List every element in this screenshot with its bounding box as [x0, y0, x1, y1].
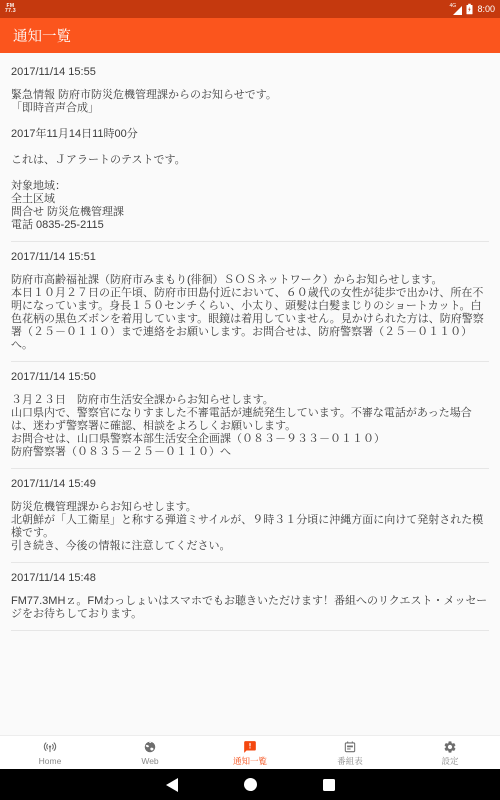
notification-body: 防府市高齢福祉課（防府市みまもり(徘徊）ＳＯＳネットワーク）からお知らせします。… — [11, 274, 489, 352]
globe-icon — [143, 740, 157, 754]
notification-item[interactable]: 2017/11/14 15:55 緊急情報 防府市防災危機管理課からのお知らせで… — [11, 53, 489, 242]
app-screen: FM 77.3 4G 8:00 通知一覧 2017/11/14 15:55 緊急… — [0, 0, 500, 800]
battery-charging-icon — [466, 3, 473, 15]
notification-item[interactable]: 2017/11/14 15:48 FM77.3MHｚ。FMわっしょいはスマホでも… — [11, 563, 489, 631]
tab-settings-label: 設定 — [441, 756, 458, 766]
notification-body: 防災危機管理課からお知らせします。 北朝鮮が「人工衛星」と称する弾道ミサイルが、… — [11, 501, 489, 553]
tab-web-label: Web — [141, 756, 158, 766]
fm-radio-notification-icon: FM 77.3 — [5, 4, 16, 15]
notification-body: FM77.3MHｚ。FMわっしょいはスマホでもお聴きいただけます！番組へのリクエ… — [11, 595, 489, 621]
notification-item[interactable]: 2017/11/14 15:49 防災危機管理課からお知らせします。 北朝鮮が「… — [11, 469, 489, 563]
schedule-calendar-icon — [343, 740, 357, 754]
tab-notifications[interactable]: 通知一覧 — [200, 736, 300, 769]
notification-timestamp: 2017/11/14 15:49 — [11, 478, 489, 491]
notification-item[interactable]: 2017/11/14 15:50 ３月２３日 防府市生活安全課からお知らせします… — [11, 362, 489, 469]
tab-home-label: Home — [39, 756, 62, 766]
notification-timestamp: 2017/11/14 15:48 — [11, 572, 489, 585]
android-navigation-bar — [0, 769, 500, 800]
notification-timestamp: 2017/11/14 15:50 — [11, 371, 489, 384]
back-button[interactable] — [166, 778, 178, 792]
cellular-signal-icon: 4G — [449, 4, 462, 15]
notification-list: 2017/11/14 15:55 緊急情報 防府市防災危機管理課からのお知らせで… — [0, 53, 500, 735]
notification-body: ３月２３日 防府市生活安全課からお知らせします。 山口県内で、警察官になりすまし… — [11, 394, 489, 459]
broadcast-icon — [43, 740, 57, 754]
clock-text: 8:00 — [477, 4, 495, 14]
tab-settings[interactable]: 設定 — [400, 736, 500, 769]
fm-icon-line2: 77.3 — [5, 9, 16, 15]
app-bar: 通知一覧 — [0, 18, 500, 53]
tab-notifications-label: 通知一覧 — [233, 756, 267, 766]
signal-triangle-icon — [453, 6, 462, 15]
tab-web[interactable]: Web — [100, 736, 200, 769]
notification-item[interactable]: 2017/11/14 15:51 防府市高齢福祉課（防府市みまもり(徘徊）ＳＯＳ… — [11, 242, 489, 362]
bottom-navigation: Home Web 通知一覧 — [0, 735, 500, 769]
status-bar: FM 77.3 4G 8:00 — [0, 0, 500, 18]
tab-program-guide[interactable]: 番組表 — [300, 736, 400, 769]
status-bar-right: 4G 8:00 — [449, 3, 495, 15]
notification-timestamp: 2017/11/14 15:51 — [11, 251, 489, 264]
recents-button[interactable] — [323, 779, 335, 791]
tab-home[interactable]: Home — [0, 736, 100, 769]
gear-icon — [443, 740, 457, 754]
notification-bubble-icon — [243, 740, 257, 754]
home-button[interactable] — [244, 778, 257, 791]
notification-body: 緊急情報 防府市防災危機管理課からのお知らせです。 「即時音声合成」 2017年… — [11, 89, 489, 232]
tab-program-guide-label: 番組表 — [337, 756, 363, 766]
page-title: 通知一覧 — [13, 25, 71, 46]
notification-timestamp: 2017/11/14 15:55 — [11, 66, 489, 79]
